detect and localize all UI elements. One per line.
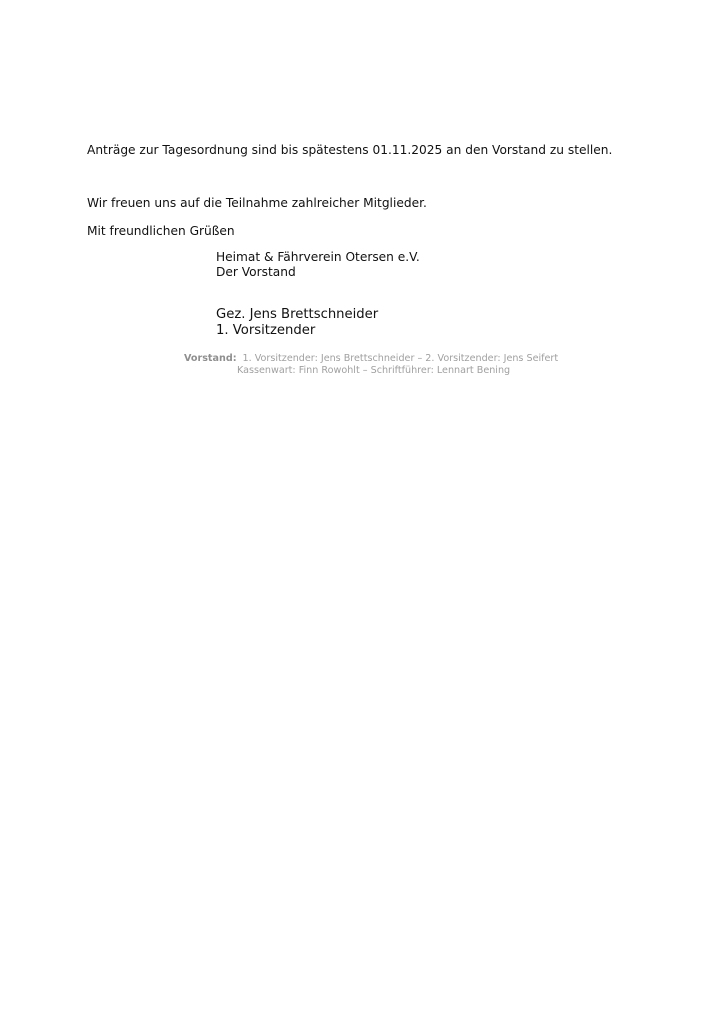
closing-greeting: Mit freundlichen Grüßen — [87, 224, 235, 239]
participation-paragraph: Wir freuen uns auf die Teilnahme zahlrei… — [87, 196, 427, 211]
footer-board-line-2: Kassenwart: Finn Rowohlt – Schriftführer… — [237, 365, 510, 377]
sender-board: Der Vorstand — [216, 265, 296, 280]
signature-role: 1. Vorsitzender — [216, 323, 315, 339]
footer-label: Vorstand: — [184, 353, 237, 364]
signature-name: Gez. Jens Brettschneider — [216, 307, 378, 323]
document-page: Anträge zur Tagesordnung sind bis spätes… — [0, 0, 724, 1024]
sender-organization: Heimat & Fährverein Otersen e.V. — [216, 250, 420, 265]
footer-board-line-1: Vorstand:1. Vorsitzender: Jens Brettschn… — [184, 353, 558, 365]
agenda-deadline-paragraph: Anträge zur Tagesordnung sind bis spätes… — [87, 143, 612, 158]
footer-chairs: 1. Vorsitzender: Jens Brettschneider – 2… — [243, 353, 559, 364]
